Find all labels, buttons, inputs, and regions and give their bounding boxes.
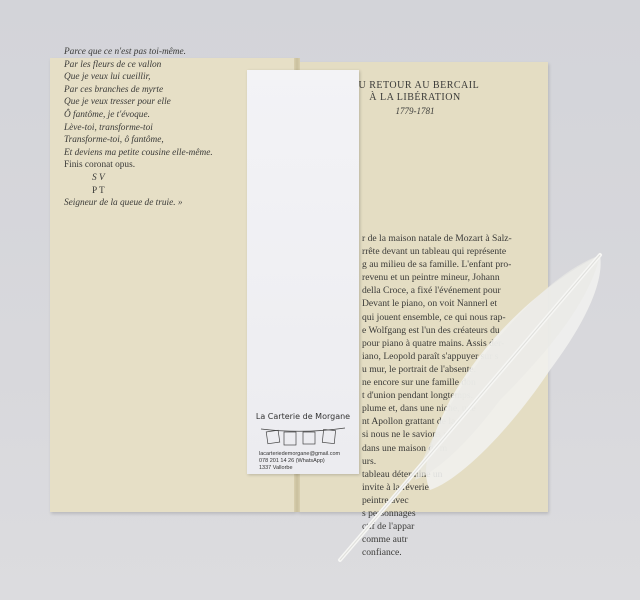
poem-line: Par ces branches de myrte [64, 84, 213, 97]
signature-line: Seigneur de la queue de truie. » [64, 197, 213, 210]
initials: P T [64, 185, 213, 198]
poem-line: Finis coronat opus. [64, 159, 213, 172]
poem-line: Que je veux lui cueillir, [64, 71, 213, 84]
poem: Parce que ce n'est pas toi-même. Par les… [64, 46, 213, 210]
poem-line: Et deviens ma petite cousine elle-même. [64, 147, 213, 160]
quill-feather-icon [320, 240, 620, 570]
poem-line: Parce que ce n'est pas toi-même. [64, 46, 213, 59]
poem-line: Lève-toi, transforme-toi [64, 122, 213, 135]
initials: S V [64, 172, 213, 185]
poem-line: Ô fantôme, je t'évoque. [64, 109, 213, 122]
poem-line: Que je veux tresser pour elle [64, 96, 213, 109]
poem-line: Transforme-toi, ô fantôme, [64, 134, 213, 147]
poem-line: Par les fleurs de ce vallon [64, 59, 213, 72]
